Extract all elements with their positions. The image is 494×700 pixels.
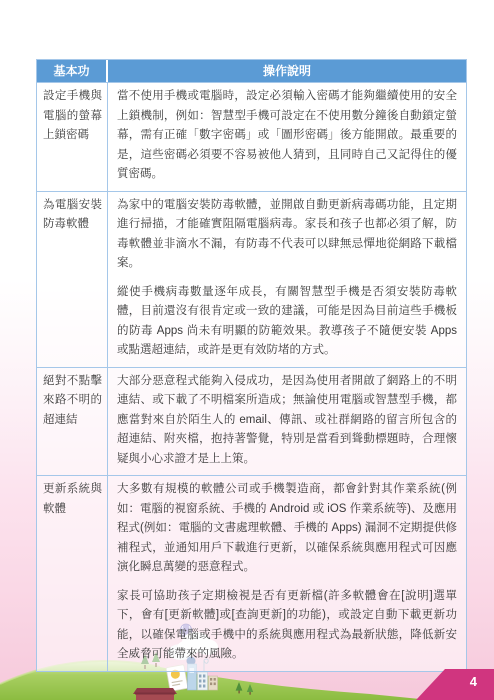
column-header-instructions: 操作說明 xyxy=(108,60,466,82)
instructions-paragraph: 縱使手機病毒數量逐年成長，有關智慧型手機是否須安裝防毒軟體，目前還沒有很肯定或一… xyxy=(117,283,457,361)
column-header-skill: 基本功 xyxy=(37,60,106,82)
basics-table: 基本功 操作說明 設定手機與電腦的螢幕上鎖密碼 當不使用手機或電腦時，設定必須輸… xyxy=(36,59,467,672)
table-row: 更新系統與軟體 大多數有規模的軟體公司或手機製造商，都會針對其作業系統(例如：電… xyxy=(37,475,466,671)
table-row: 設定手機與電腦的螢幕上鎖密碼 當不使用手機或電腦時，設定必須輸入密碼才能夠繼續使… xyxy=(37,82,466,191)
instructions-paragraph: 當不使用手機或電腦時，設定必須輸入密碼才能夠繼續使用的安全上鎖機制，例如：智慧型… xyxy=(117,87,457,185)
table-row: 為電腦安裝防毒軟體 為家中的電腦安裝防毒軟體，並開啟自動更新病毒碼功能，且定期進… xyxy=(37,191,466,367)
skill-cell: 為電腦安裝防毒軟體 xyxy=(37,192,108,367)
instructions-cell: 大多數有規模的軟體公司或手機製造商，都會針對其作業系統(例如：電腦的視窗系統、手… xyxy=(108,476,466,671)
skill-cell: 絕對不點擊來路不明的超連結 xyxy=(37,368,108,476)
instructions-paragraph: 大多數有規模的軟體公司或手機製造商，都會針對其作業系統(例如：電腦的視窗系統、手… xyxy=(117,480,457,578)
instructions-paragraph: 家長可協助孩子定期檢視是否有更新檔(許多軟體會在[說明]選單下，會有[更新軟體]… xyxy=(117,587,457,665)
skill-cell: 更新系統與軟體 xyxy=(37,476,108,671)
page-number: 4 xyxy=(470,675,477,688)
red-roof-house xyxy=(133,688,177,700)
instructions-cell: 為家中的電腦安裝防毒軟體，並開啟自動更新病毒碼功能，且定期進行掃描，才能確實阻隔… xyxy=(108,192,466,367)
table-header-row: 基本功 操作說明 xyxy=(37,60,466,82)
instructions-cell: 大部分惡意程式能夠入侵成功，是因為使用者開啟了網路上的不明連結、或下載了不明檔案… xyxy=(108,368,466,476)
skill-cell: 設定手機與電腦的螢幕上鎖密碼 xyxy=(37,83,108,191)
table-row: 絕對不點擊來路不明的超連結 大部分惡意程式能夠入侵成功，是因為使用者開啟了網路上… xyxy=(37,367,466,476)
instructions-paragraph: 大部分惡意程式能夠入侵成功，是因為使用者開啟了網路上的不明連結、或下載了不明檔案… xyxy=(117,372,457,470)
instructions-cell: 當不使用手機或電腦時，設定必須輸入密碼才能夠繼續使用的安全上鎖機制，例如：智慧型… xyxy=(108,83,466,191)
instructions-paragraph: 為家中的電腦安裝防毒軟體，並開啟自動更新病毒碼功能，且定期進行掃描，才能確實阻隔… xyxy=(117,196,457,274)
document-page: 4 基本功 操作說明 設定手機與電腦的螢幕上鎖密碼 當不使用手機或電腦時，設定必… xyxy=(0,0,494,700)
